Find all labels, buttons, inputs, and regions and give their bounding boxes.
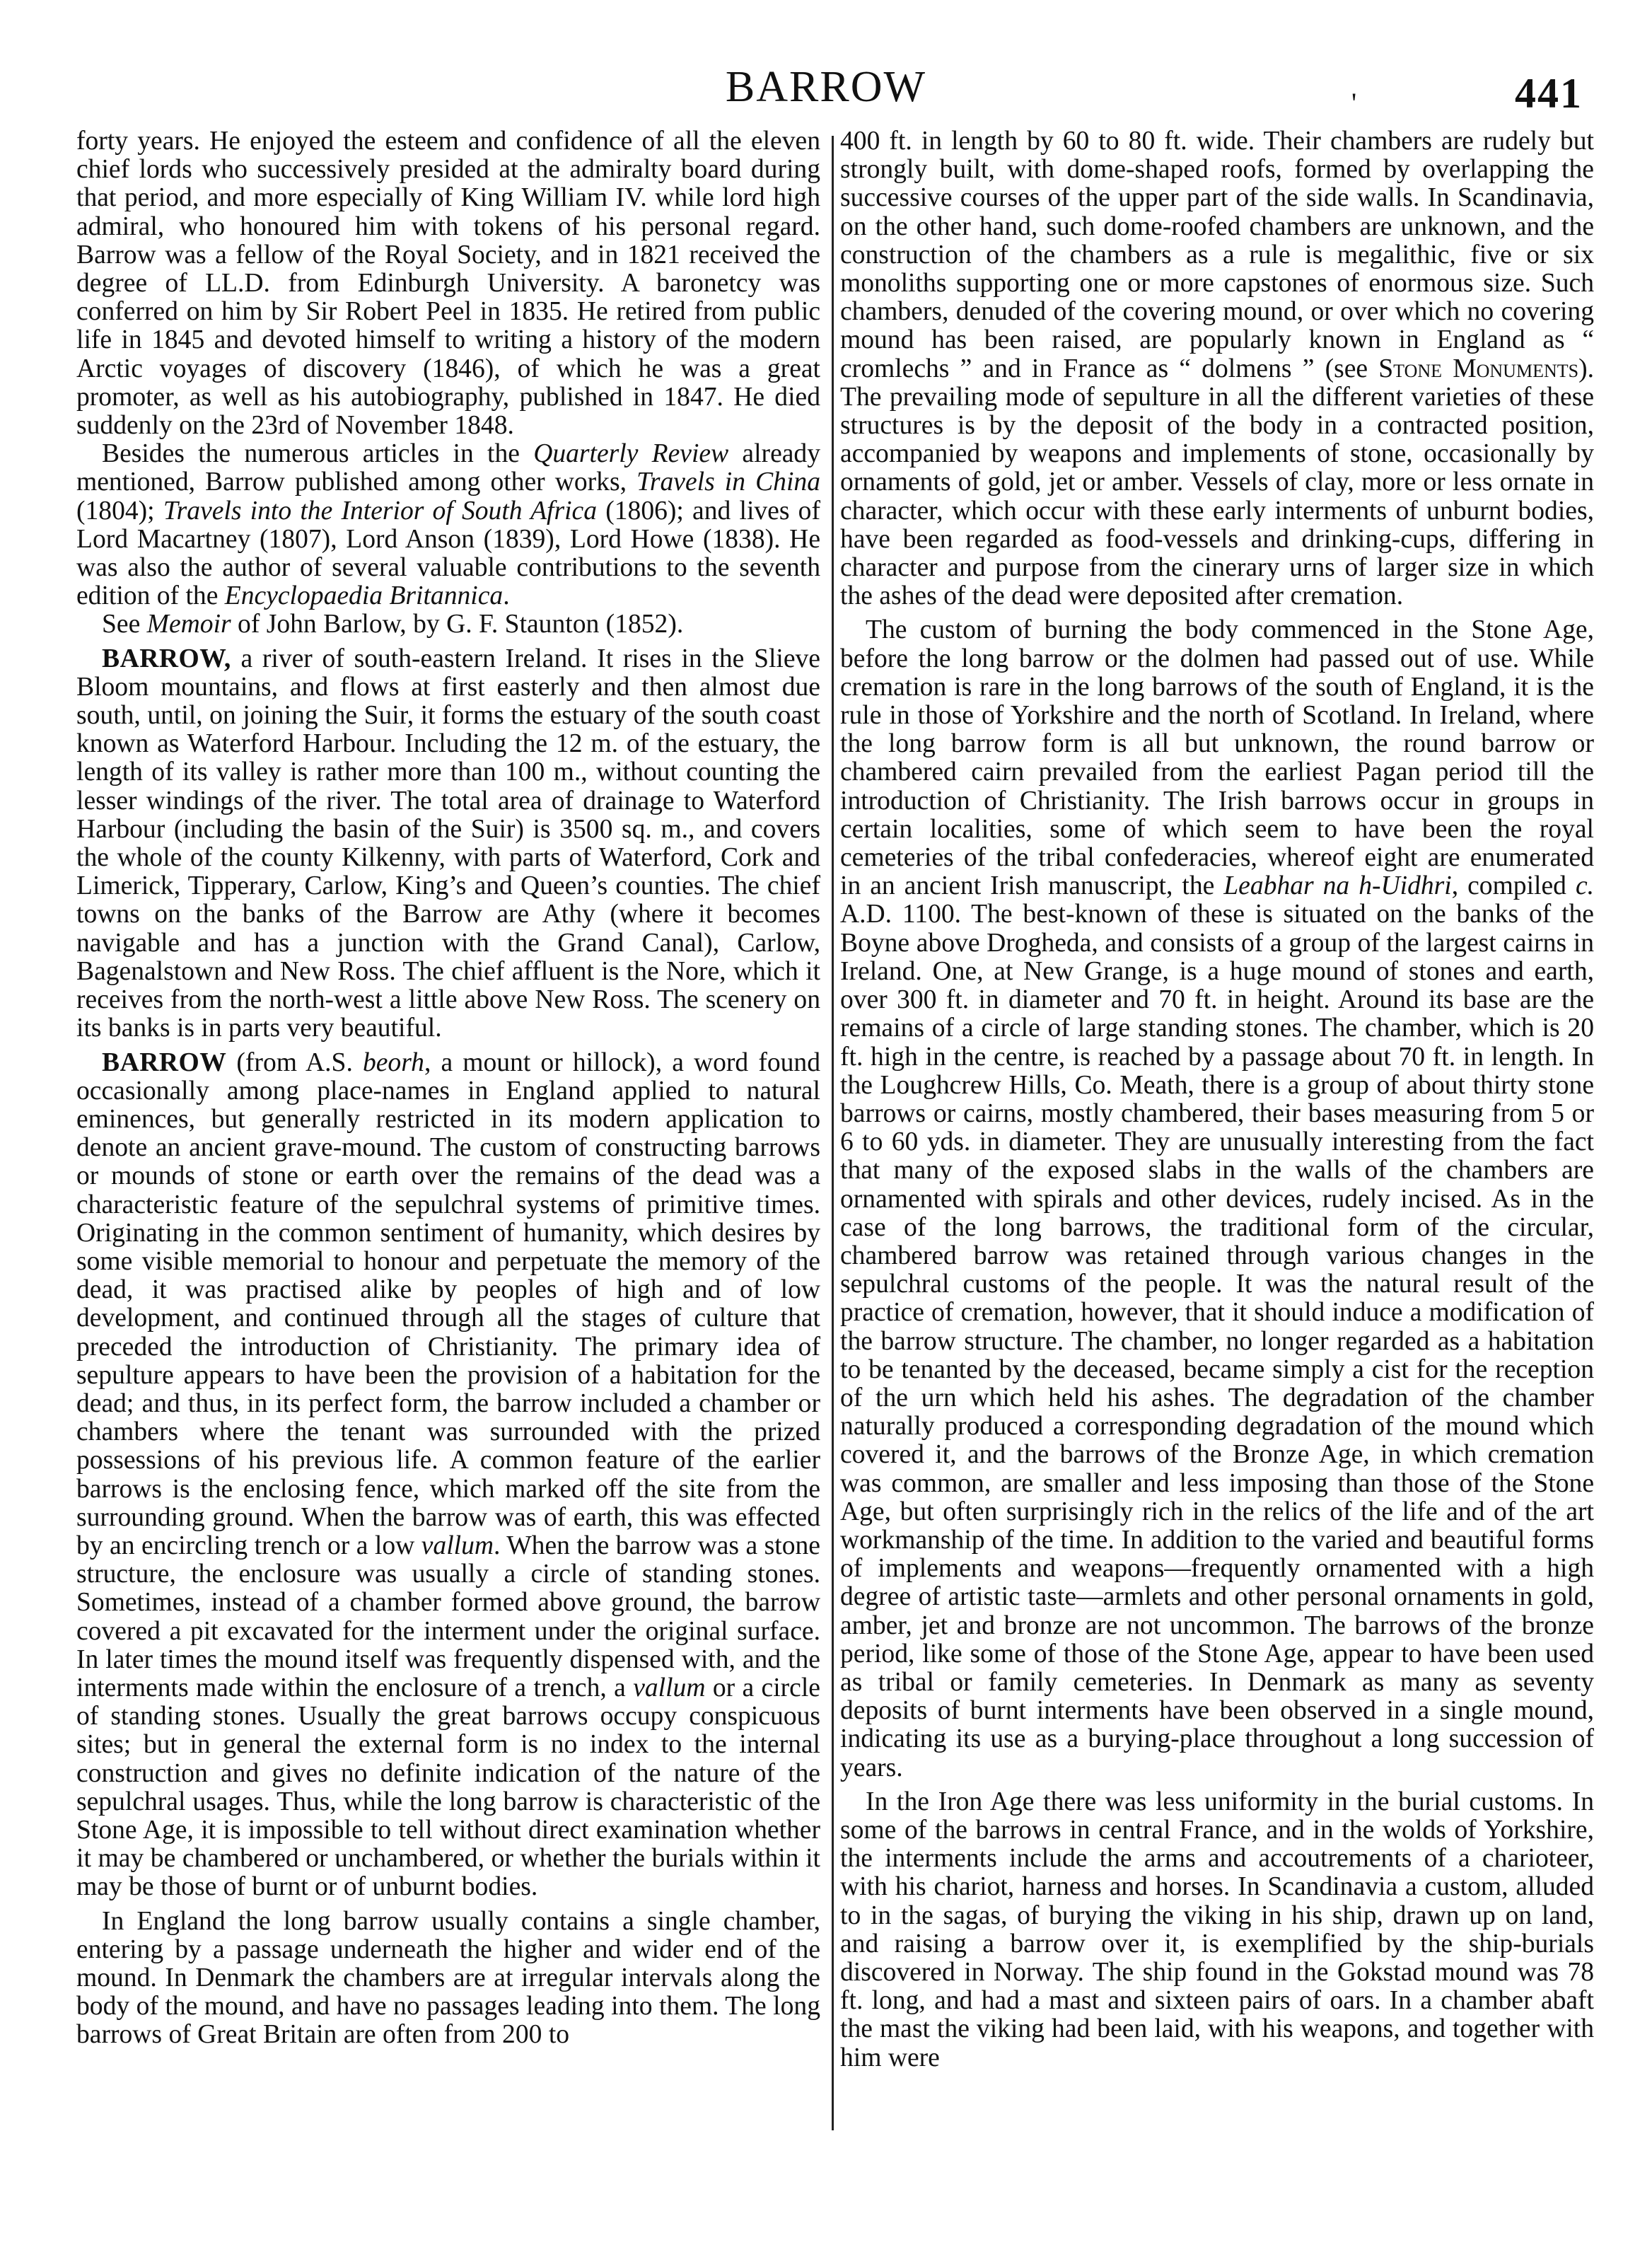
stray-mark: ': [1351, 89, 1356, 117]
text: 400 ft. in length by 60 to 80 ft. wide. …: [840, 127, 1594, 383]
text: (from A.S.: [226, 1048, 363, 1077]
text: a river of south-eastern Ireland. It ris…: [76, 644, 820, 1043]
term-vallum: vallum: [633, 1673, 705, 1702]
left-column: forty years. He enjoyed the esteem and c…: [76, 127, 820, 2050]
headword: BARROW,: [102, 644, 231, 673]
title-encyclopaedia-britannica: Encyclopaedia Britannica: [225, 581, 503, 610]
page-header: BARROW ' 441: [0, 0, 1652, 120]
text: Besides the numerous articles in the: [102, 439, 533, 468]
entry-barrow-river: BARROW, a river of south-eastern Ireland…: [76, 645, 820, 1043]
title-memoir: Memoir: [147, 610, 231, 639]
paragraph-barrow-biography-end: forty years. He enjoyed the esteem and c…: [76, 127, 820, 440]
text: (1804);: [76, 497, 163, 526]
text: , compiled: [1452, 871, 1576, 900]
text: , a mount or hillock), a word found occa…: [76, 1048, 820, 1560]
running-head: BARROW: [0, 65, 1652, 109]
text: or a circle of standing stones. Usually …: [76, 1673, 820, 1901]
paragraph-chambers: 400 ft. in length by 60 to 80 ft. wide. …: [840, 127, 1594, 610]
paragraph-see-memoir: See Memoir of John Barlow, by G. F. Stau…: [76, 610, 820, 639]
paragraph-iron-age: In the Iron Age there was less uniformit…: [840, 1788, 1594, 2072]
text: See: [102, 610, 147, 639]
term-vallum: vallum: [421, 1531, 494, 1560]
right-column: 400 ft. in length by 60 to 80 ft. wide. …: [840, 127, 1594, 2072]
title-travels-south-africa: Travels into the Interior of South Afric…: [163, 497, 597, 526]
abbrev-circa: c.: [1576, 871, 1594, 900]
paragraph-barrow-works: Besides the numerous articles in the Qua…: [76, 440, 820, 610]
text: The custom of burning the body commenced…: [840, 615, 1594, 900]
text: A.D. 1100. The best-known of these is si…: [840, 900, 1594, 1782]
column-divider: [832, 136, 834, 2130]
title-travels-in-china: Travels in China: [636, 468, 820, 497]
paragraph-cremation: The custom of burning the body commenced…: [840, 616, 1594, 1782]
page-number: 441: [1515, 72, 1583, 115]
text: ). The prevailing mode of sepulture in a…: [840, 354, 1594, 611]
title-leabhar-na-h-uidhri: Leabhar na h-Uidhri: [1223, 871, 1451, 900]
text: of John Barlow, by G. F. Staunton (1852)…: [231, 610, 684, 639]
paragraph-england-long-barrow: In England the long barrow usually conta…: [76, 1908, 820, 2050]
term-beorh: beorh: [363, 1048, 424, 1077]
entry-barrow-mound: BARROW (from A.S. beorh, a mount or hill…: [76, 1049, 820, 1902]
text: .: [503, 581, 509, 610]
title-quarterly-review: Quarterly Review: [533, 439, 728, 468]
cross-reference-stone-monuments: Stone Monuments: [1378, 354, 1578, 383]
headword: BARROW: [102, 1048, 226, 1077]
